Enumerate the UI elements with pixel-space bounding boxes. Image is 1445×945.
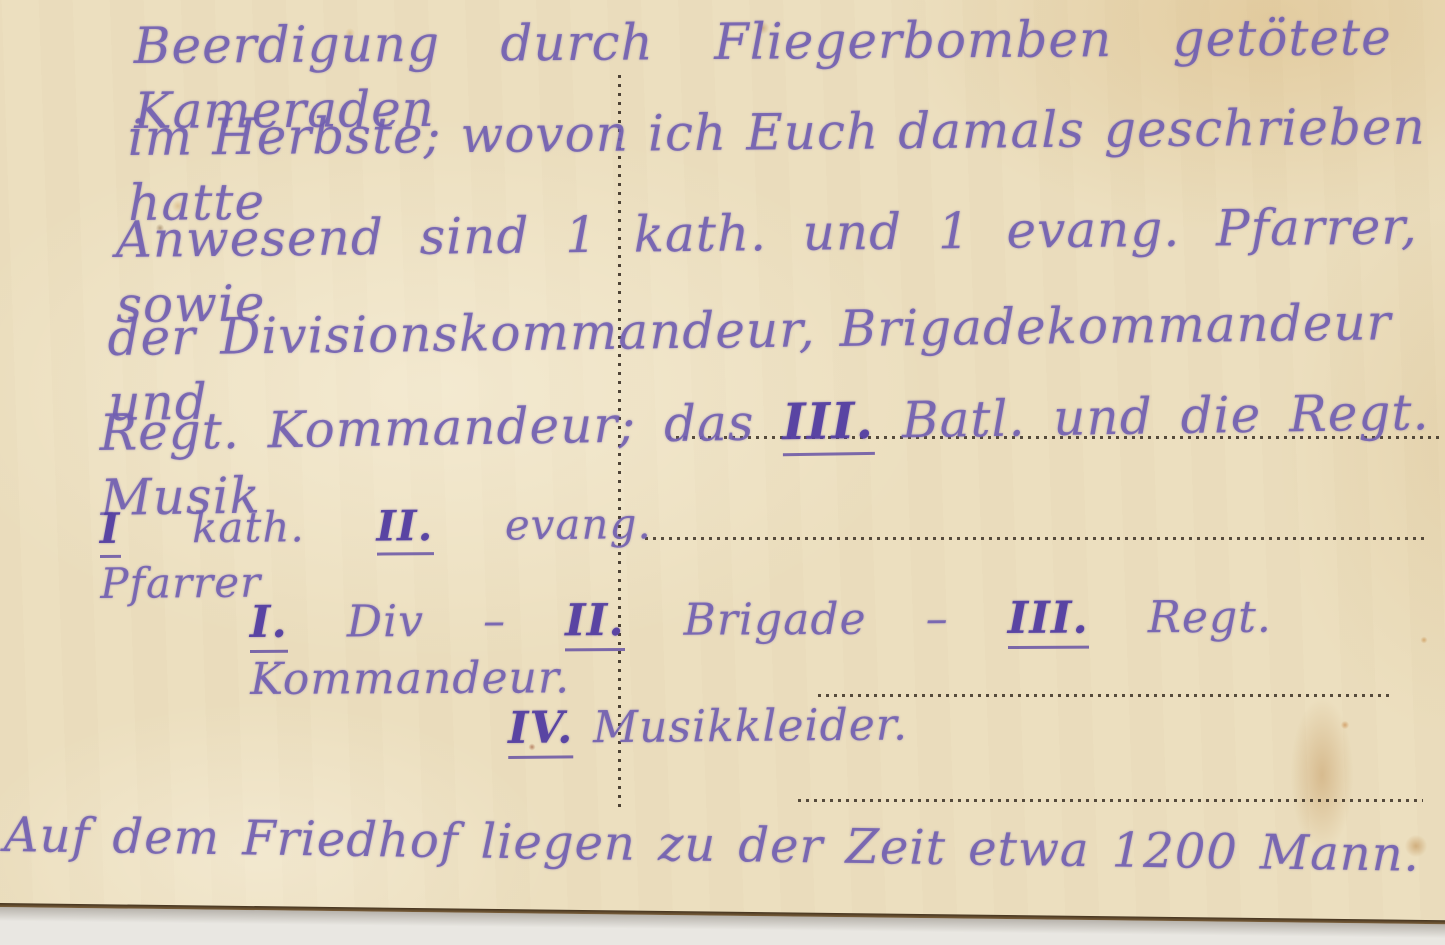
scanned-postcard-page: Beerdigung durch Fliegerbomben getötete … xyxy=(0,0,1445,945)
roman-numeral-i: I. xyxy=(250,597,288,653)
handwriting-segment: Musikkleider. xyxy=(573,700,908,754)
handwriting-segment: kath. xyxy=(120,502,376,553)
handwriting-line-8: IV. Musikkleider. xyxy=(508,697,908,758)
address-dotted-line-2 xyxy=(645,537,1428,540)
handwriting-line-7: I. Div – II. Brigade – III. Regt. Komman… xyxy=(250,589,1273,709)
address-dotted-line-4 xyxy=(798,799,1423,802)
handwriting-segment: Div – xyxy=(288,595,566,647)
handwriting-segment: Regt. Kommandeur; das xyxy=(99,393,783,462)
handwriting-segment: Brigade – xyxy=(624,593,1007,646)
roman-numeral-ii: II. xyxy=(376,501,433,555)
roman-numeral-iv: IV. xyxy=(508,702,574,759)
roman-numeral-iii: III. xyxy=(1008,593,1089,649)
roman-numeral-ii: II. xyxy=(565,595,625,651)
postcard-paper: Beerdigung durch Fliegerbomben getötete … xyxy=(0,0,1445,928)
handwriting-line-9: Auf dem Friedhof liegen zu der Zeit etwa… xyxy=(4,804,1421,886)
roman-numeral-i: I xyxy=(100,504,121,558)
roman-numeral-iii: III. xyxy=(782,391,875,456)
